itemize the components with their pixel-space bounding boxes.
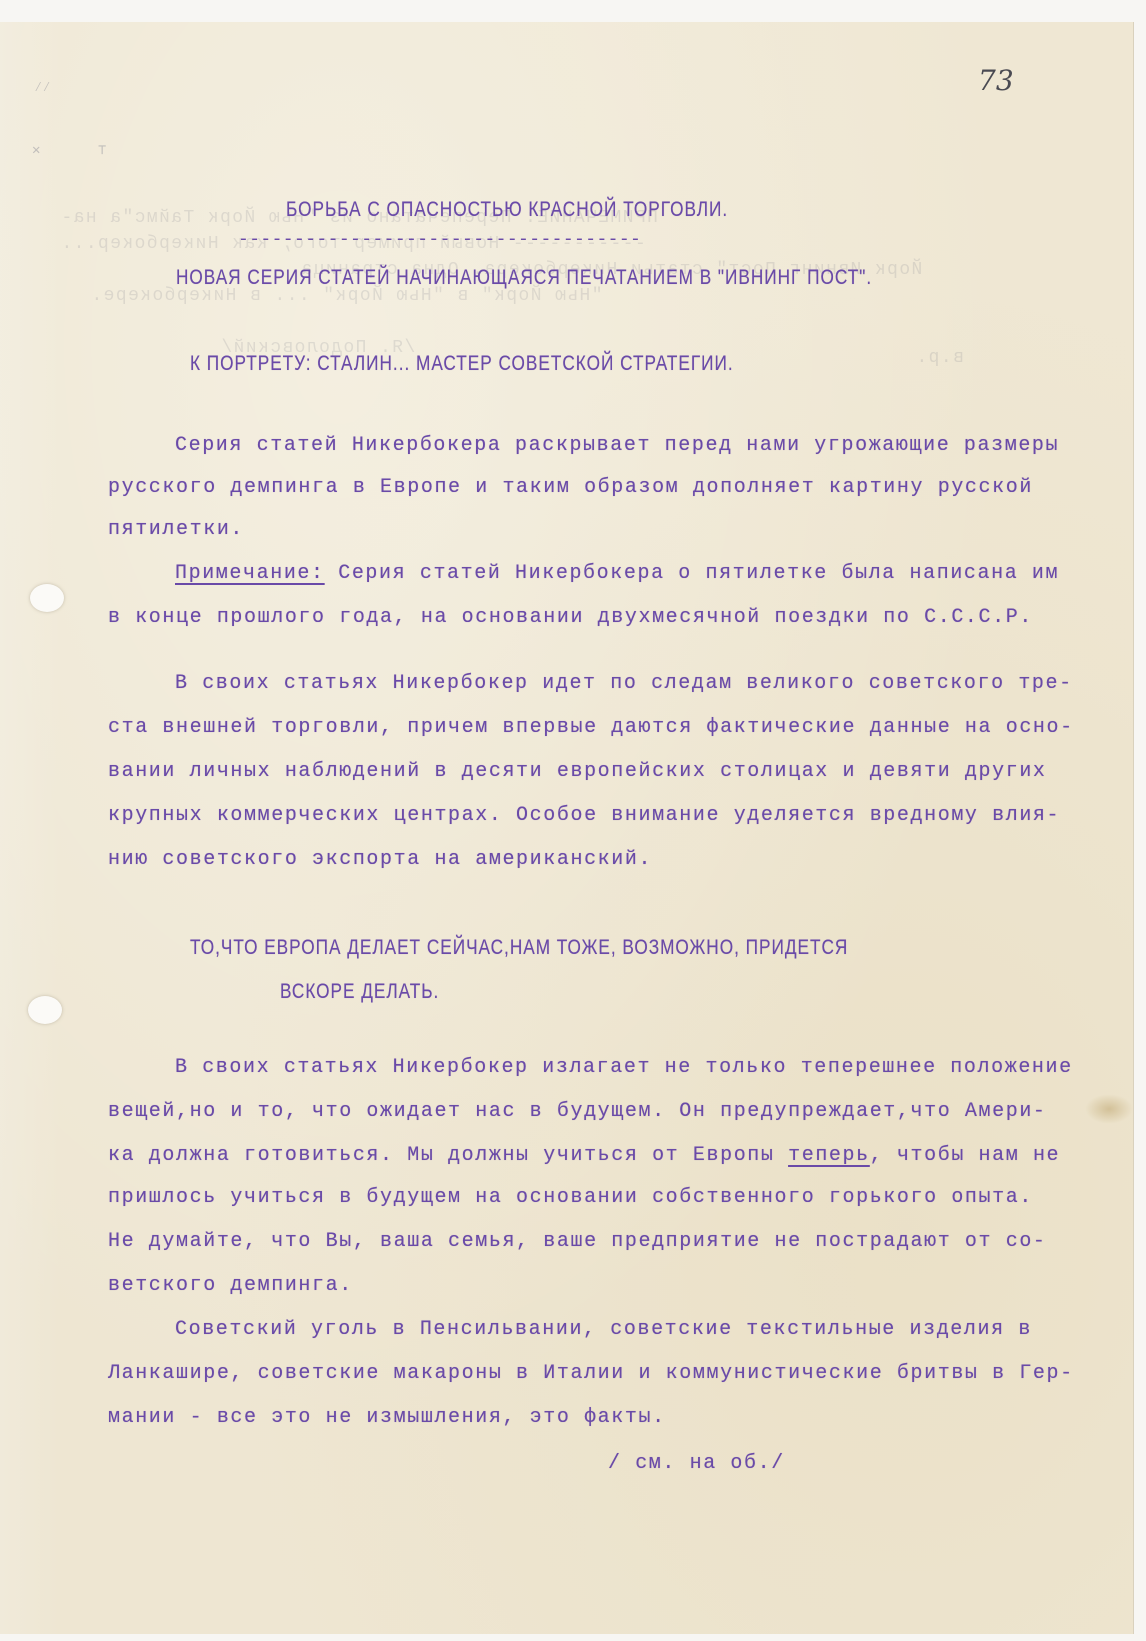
title-underline: ------------------------------------ xyxy=(238,230,641,250)
paragraph-line: Серия статей Никербокера раскрывает пере… xyxy=(175,434,1059,458)
paragraph-line: вещей,но и то, что ожидает нас в будущем… xyxy=(108,1100,1047,1124)
paragraph-line: нию советского экспорта на американский. xyxy=(108,848,652,872)
paragraph-line: ветского демпинга. xyxy=(108,1274,353,1298)
punch-hole xyxy=(30,584,64,612)
document-subtitle: НОВАЯ СЕРИЯ СТАТЕЙ НАЧИНАЮЩАЯСЯ ПЕЧАТАНИ… xyxy=(176,266,872,290)
paragraph-line: русского демпинга в Европе и таким образ… xyxy=(108,476,1033,500)
paper-stain xyxy=(1085,1094,1133,1124)
paragraph-line: мании - все это не измышления, это факты… xyxy=(108,1406,666,1430)
archive-page-number: 73 xyxy=(978,64,1014,97)
portrait-heading: К ПОРТРЕТУ: СТАЛИН... МАСТЕР СОВЕТСКОЙ С… xyxy=(190,352,734,376)
paragraph-line: Не думайте, что Вы, ваша семья, ваше пре… xyxy=(108,1230,1047,1254)
section-heading: ВСКОРЕ ДЕЛАТЬ. xyxy=(280,980,439,1004)
margin-pencil-mark: ⁄⁄ xyxy=(34,80,51,96)
note-text: Серия статей Никербокера о пятилетке был… xyxy=(325,562,1060,585)
text-segment: ка должна готовиться. Мы должны учиться … xyxy=(108,1144,788,1167)
note-line: Примечание: Серия статей Никербокера о п… xyxy=(175,562,1059,586)
paragraph-line: ста внешней торговли, причем впервые даю… xyxy=(108,716,1074,740)
margin-pencil-mark: ⊤ xyxy=(98,142,106,159)
paragraph-line: пришлось учиться в будущем на основании … xyxy=(108,1186,1033,1210)
margin-pencil-mark: ✕ xyxy=(32,142,40,159)
paragraph-line: крупных коммерческих центрах. Особое вни… xyxy=(108,804,1060,828)
text-segment: , чтобы нам не xyxy=(870,1144,1060,1167)
paragraph-line: В своих статьях Никербокер излагает не т… xyxy=(175,1056,1073,1080)
emphasized-word: теперь xyxy=(788,1144,870,1167)
paragraph-line: В своих статьях Никербокер идет по следа… xyxy=(175,672,1073,696)
section-heading: ТО,ЧТО ЕВРОПА ДЕЛАЕТ СЕЙЧАС,НАМ ТОЖЕ, ВО… xyxy=(190,936,848,960)
paragraph-line: вании личных наблюдений в десяти европей… xyxy=(108,760,1047,784)
note-label: Примечание: xyxy=(175,562,325,585)
bleed-through-initials: в.р. xyxy=(915,348,964,368)
paragraph-line: ка должна готовиться. Мы должны учиться … xyxy=(108,1144,1060,1168)
paragraph-line: пятилетки. xyxy=(108,518,244,542)
document-page: ПРИМЕЧАНИЕ: Перепечатано из "Нью Йорк Та… xyxy=(0,22,1133,1634)
paragraph-line: Советский уголь в Пенсильвании, советски… xyxy=(175,1318,1032,1342)
note-line: в конце прошлого года, на основании двух… xyxy=(108,606,1033,630)
continuation-note: / см. на об./ xyxy=(608,1452,785,1476)
paragraph-line: Ланкашире, советские макароны в Италии и… xyxy=(108,1362,1074,1386)
document-title: БОРЬБА С ОПАСНОСТЬЮ КРАСНОЙ ТОРГОВЛИ. xyxy=(286,198,728,222)
punch-hole xyxy=(28,996,62,1024)
